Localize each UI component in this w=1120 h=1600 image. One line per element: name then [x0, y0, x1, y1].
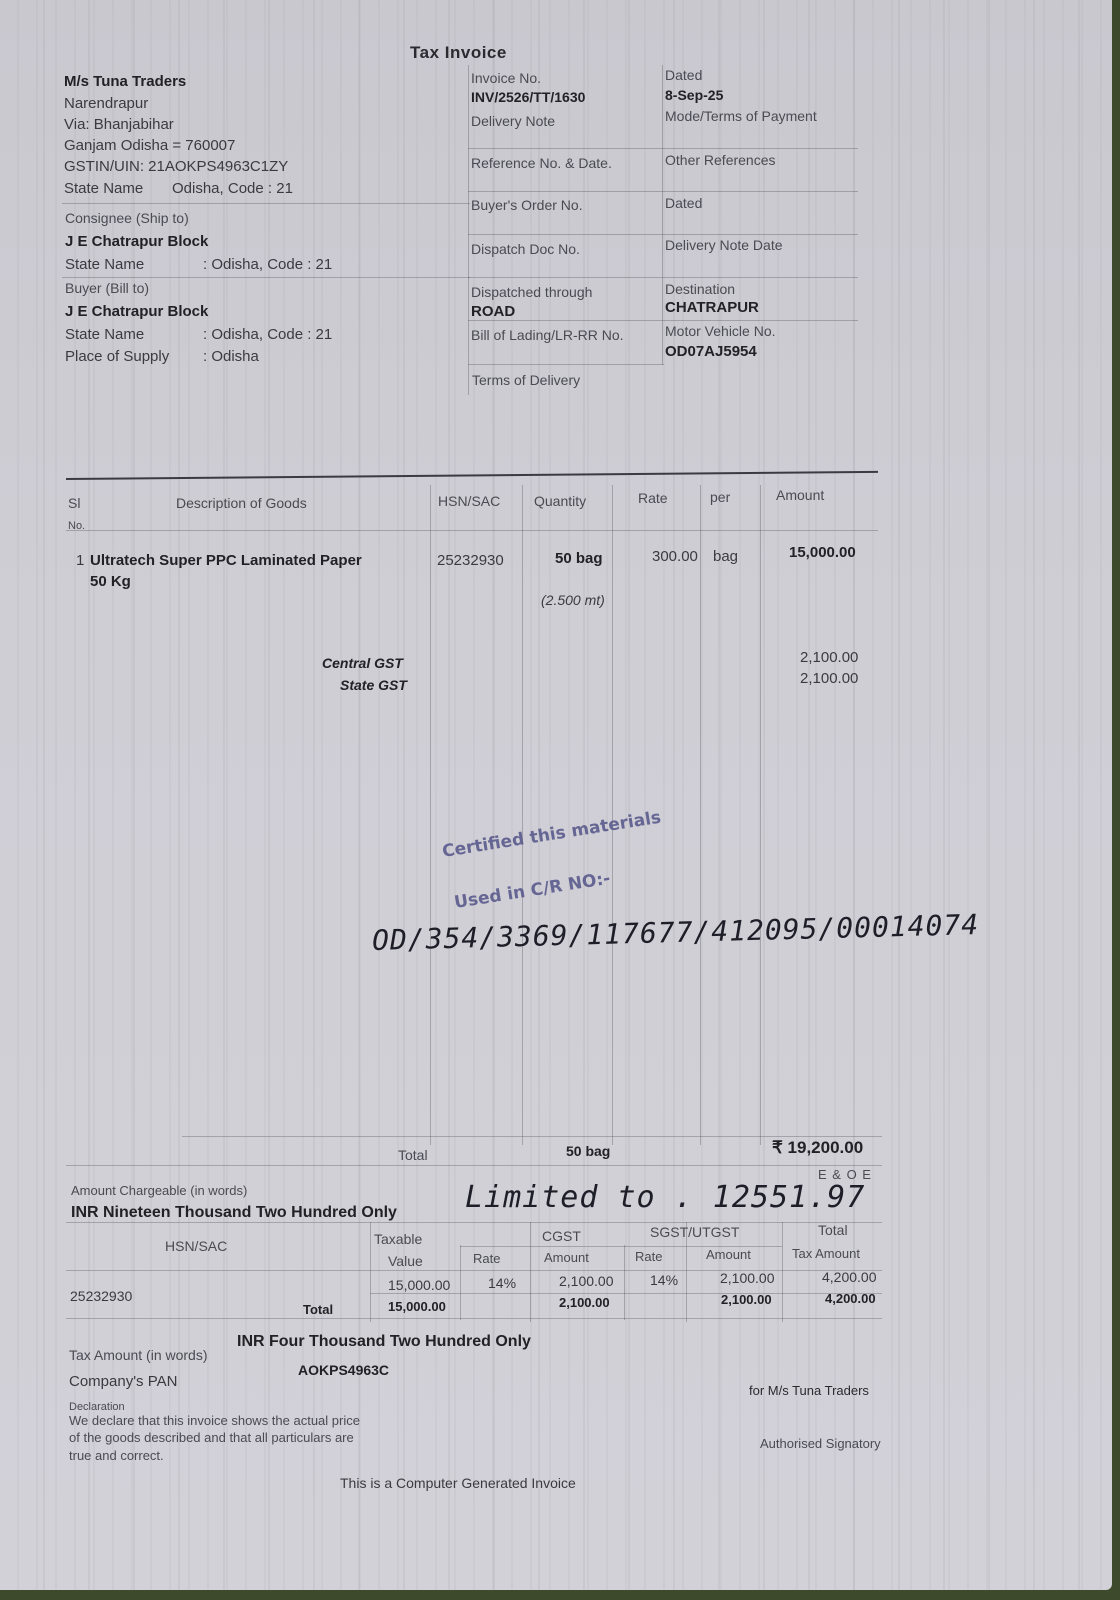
seller-address-3: Ganjam Odisha = 760007	[64, 137, 235, 154]
seller-name: M/s Tuna Traders	[64, 73, 186, 90]
declaration-line-3: true and correct.	[69, 1448, 164, 1463]
other-references-label: Other References	[665, 152, 776, 168]
tax-col-total-amount: Tax Amount	[792, 1246, 860, 1261]
col-sl: Sl	[68, 495, 80, 511]
place-of-supply-label: Place of Supply	[65, 348, 169, 365]
destination-label: Destination	[665, 281, 735, 297]
row-description: Ultratech Super PPC Laminated Paper	[90, 552, 362, 569]
consignee-label: Consignee (Ship to)	[65, 210, 189, 226]
pan-label: Company's PAN	[69, 1373, 177, 1390]
delivery-note-label: Delivery Note	[471, 113, 555, 129]
row-amount: 15,000.00	[789, 544, 856, 561]
destination-value: CHATRAPUR	[665, 299, 759, 316]
tax-total-taxable: 15,000.00	[388, 1299, 446, 1314]
col-sl-no: No.	[68, 520, 85, 532]
invoice-paper: Tax Invoice M/s Tuna Traders Narendrapur…	[0, 0, 1112, 1590]
dated-label: Dated	[665, 67, 702, 83]
buyer-state-label: State Name	[65, 326, 144, 343]
col-rate: Rate	[638, 490, 668, 506]
row-hsn: 25232930	[437, 552, 504, 569]
handwritten-limit: Limited to . 12551.97	[465, 1180, 865, 1215]
consignee-state-label: State Name	[65, 256, 144, 273]
vehicle-label: Motor Vehicle No.	[665, 323, 776, 339]
tax-total-label: Total	[303, 1302, 333, 1317]
tax-central-gst-label: Central GST	[322, 655, 403, 671]
seller-state-label: State Name	[64, 180, 143, 197]
bill-of-lading-label: Bill of Lading/LR-RR No.	[471, 327, 624, 343]
tax-state-gst-amount: 2,100.00	[800, 670, 858, 687]
declaration-label: Declaration	[69, 1401, 125, 1413]
amount-words-label: Amount Chargeable (in words)	[71, 1183, 247, 1198]
tax-col-sgst: SGST/UTGST	[650, 1224, 739, 1240]
declaration-line-1: We declare that this invoice shows the a…	[69, 1413, 360, 1428]
tax-col-sgst-amount: Amount	[706, 1247, 751, 1262]
invoice-no-label: Invoice No.	[471, 70, 541, 86]
tax-total-sgst: 2,100.00	[721, 1292, 772, 1307]
seller-state-value: Odisha, Code : 21	[172, 180, 293, 197]
col-hsn: HSN/SAC	[438, 493, 500, 509]
col-quantity: Quantity	[534, 493, 586, 509]
place-of-supply-value: : Odisha	[203, 348, 259, 365]
tax-total-total: 4,200.00	[825, 1291, 876, 1306]
tax-col-taxable: Taxable	[374, 1231, 422, 1247]
col-amount: Amount	[776, 487, 824, 503]
seller-address-2: Via: Bhanjabihar	[64, 116, 174, 133]
tax-central-gst-amount: 2,100.00	[800, 649, 858, 666]
amount-words-value: INR Nineteen Thousand Two Hundred Only	[71, 1204, 397, 1222]
tax-col-cgst-amount: Amount	[544, 1250, 589, 1265]
col-per: per	[710, 489, 730, 505]
buyers-order-label: Buyer's Order No.	[471, 197, 583, 213]
dispatched-through-value: ROAD	[471, 303, 515, 320]
vehicle-value: OD07AJ5954	[665, 343, 757, 360]
seller-gstin: GSTIN/UIN: 21AOKPS4963C1ZY	[64, 158, 288, 175]
tax-total-cgst: 2,100.00	[559, 1295, 610, 1310]
stamp-used-in: Used in C/R NO:-	[453, 869, 612, 913]
terms-of-delivery-label: Terms of Delivery	[472, 372, 580, 388]
reference-label: Reference No. & Date.	[471, 155, 612, 171]
handwritten-cr-number: OD/354/3369/117677/412095/00014074	[372, 908, 980, 957]
declaration-line-2: of the goods described and that all part…	[69, 1430, 354, 1445]
tax-col-cgst-rate: Rate	[473, 1251, 500, 1266]
tax-col-hsn: HSN/SAC	[165, 1238, 227, 1254]
col-description: Description of Goods	[176, 495, 307, 511]
tax-state-gst-label: State GST	[340, 677, 407, 693]
tax-col-sgst-rate: Rate	[635, 1249, 662, 1264]
tax-words-label: Tax Amount (in words)	[69, 1347, 208, 1363]
authorised-signatory: Authorised Signatory	[760, 1436, 881, 1451]
tax-row-sgst-amount: 2,100.00	[720, 1270, 775, 1286]
seller-address-1: Narendrapur	[64, 95, 148, 112]
footer-note: This is a Computer Generated Invoice	[340, 1475, 576, 1491]
grand-total: ₹ 19,200.00	[772, 1138, 863, 1158]
buyer-state-value: : Odisha, Code : 21	[203, 326, 332, 343]
pan-value: AOKPS4963C	[298, 1362, 389, 1378]
invoice-no-value: INV/2526/TT/1630	[471, 89, 585, 105]
document-title: Tax Invoice	[410, 43, 507, 63]
row-per: bag	[713, 548, 738, 565]
total-quantity: 50 bag	[566, 1143, 610, 1159]
tax-col-cgst: CGST	[542, 1228, 581, 1244]
row-quantity: 50 bag	[555, 550, 603, 567]
payment-terms-label: Mode/Terms of Payment	[665, 108, 817, 124]
tax-words-value: INR Four Thousand Two Hundred Only	[237, 1333, 531, 1351]
total-label: Total	[398, 1147, 428, 1163]
row-description-2: 50 Kg	[90, 573, 131, 590]
dispatched-through-label: Dispatched through	[471, 284, 592, 300]
tax-row-taxable: 15,000.00	[388, 1277, 450, 1293]
buyer-label: Buyer (Bill to)	[65, 280, 149, 296]
tax-row-total: 4,200.00	[822, 1269, 877, 1285]
dated-value: 8-Sep-25	[665, 87, 723, 103]
tax-row-cgst-rate: 14%	[488, 1275, 516, 1291]
tax-row-hsn: 25232930	[70, 1288, 132, 1304]
dispatch-doc-label: Dispatch Doc No.	[471, 241, 580, 257]
delivery-note-date-label: Delivery Note Date	[665, 237, 783, 253]
stamp-certified: Certified this materials	[441, 808, 663, 862]
consignee-name: J E Chatrapur Block	[65, 233, 208, 250]
buyer-name: J E Chatrapur Block	[65, 303, 208, 320]
buyers-order-dated-label: Dated	[665, 195, 702, 211]
row-rate: 300.00	[652, 548, 698, 565]
row-quantity-sub: (2.500 mt)	[541, 592, 605, 608]
consignee-state-value: : Odisha, Code : 21	[203, 256, 332, 273]
tax-col-total: Total	[818, 1222, 848, 1238]
signature-for: for M/s Tuna Traders	[749, 1383, 869, 1398]
tax-row-sgst-rate: 14%	[650, 1272, 678, 1288]
tax-col-taxable-value: Value	[388, 1253, 423, 1269]
row-sl: 1	[76, 552, 84, 569]
tax-row-cgst-amount: 2,100.00	[559, 1273, 614, 1289]
